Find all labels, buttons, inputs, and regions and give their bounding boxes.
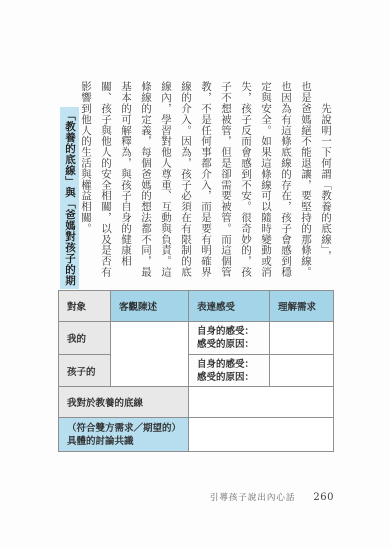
text-column-line: 基本的可解釋為，與孩子自身的健康相	[116, 81, 136, 283]
text-column-line: 線的介入。因為，孩子必須在有限制的底	[176, 81, 196, 283]
hint-own-feeling: 自身的感受：	[197, 325, 267, 338]
express-feelings-hint-mine: 自身的感受： 感受的原因：	[189, 322, 270, 355]
text-column-line: 也是爸媽絕不能退讓，要堅持的那條線。	[296, 81, 316, 283]
page-footer: 引導孩子說出內心話 260	[210, 491, 334, 503]
body-paragraph: 先說明一下何謂「教養的底線」，也是爸媽絕不能退讓，要堅持的那條線。也因為有這條底…	[76, 81, 336, 283]
hint-feeling-reason: 感受的原因：	[197, 338, 267, 351]
table-row-parenting-bottom-line: 我對於教養的底線	[59, 387, 334, 418]
text-column-line: 影響到他人的生活與權益相關。	[76, 81, 96, 283]
consensus-label-line2: 具體的討論共識	[67, 435, 186, 448]
text-column-line: 失，孩子反而會感到不安。很奇妙的，孩	[236, 81, 256, 283]
hint-own-feeling: 自身的感受：	[197, 358, 267, 371]
text-column-line: 關、孩子與他人的安全相關，以及是否有	[96, 81, 116, 283]
section-heading: 「教養的底線」與「爸媽對孩子的期	[60, 107, 79, 289]
page-number: 260	[313, 492, 334, 503]
table-row-child: 孩子的 自身的感受： 感受的原因：	[59, 355, 334, 387]
header-cell-understand-needs: 理解需求	[270, 291, 334, 322]
text-column-line: 也因為有這條底線的存在，孩子會感到穩	[276, 81, 296, 283]
parenting-bottom-line-blank-cell	[189, 387, 334, 418]
row-label-mine: 我的	[59, 322, 111, 355]
consensus-label-line1: （符合雙方需求／期望的）	[67, 422, 186, 435]
express-feelings-hint-child: 自身的感受： 感受的原因：	[189, 355, 270, 387]
understand-needs-blank-cell-child	[270, 355, 334, 387]
row-label-child: 孩子的	[59, 355, 111, 387]
row-label-parenting-bottom-line: 我對於教養的底線	[59, 387, 189, 418]
header-cell-express-feelings: 表達感受	[189, 291, 270, 322]
text-column-line: 先說明一下何謂「教養的底線」，	[316, 81, 336, 283]
consensus-blank-cell	[189, 418, 334, 452]
worksheet-table: 對象 客觀陳述 表達感受 理解需求 我的 自身的感受： 感受的原因： 孩子的 自…	[58, 290, 334, 452]
row-label-consensus: （符合雙方需求／期望的） 具體的討論共識	[59, 418, 189, 452]
book-page: 先說明一下何謂「教養的底線」，也是爸媽絕不能退讓，要堅持的那條線。也因為有這條底…	[0, 0, 390, 548]
objective-statement-blank-cell	[111, 322, 189, 387]
table-header-row: 對象 客觀陳述 表達感受 理解需求	[59, 291, 334, 322]
table-row-consensus: （符合雙方需求／期望的） 具體的討論共識	[59, 418, 334, 452]
table-row-mine: 我的 自身的感受： 感受的原因：	[59, 322, 334, 355]
understand-needs-blank-cell-mine	[270, 322, 334, 355]
text-column-line: 教，不是任何事都介入，而是要有明確界	[196, 81, 216, 283]
text-column-line: 線內，學習對他人尊重、互動與負責。這	[156, 81, 176, 283]
running-book-title: 引導孩子說出內心話	[210, 491, 296, 503]
hint-feeling-reason: 感受的原因：	[197, 371, 267, 384]
text-column-line: 子不想被管，但是卻需要被管。而這個管	[216, 81, 236, 283]
text-column-line: 條線的定義，每個爸媽的想法都不同，最	[136, 81, 156, 283]
text-column-line: 定與安全。如果這條線可以隨時變動或消	[256, 81, 276, 283]
header-cell-objective-statement: 客觀陳述	[111, 291, 189, 322]
header-cell-subject: 對象	[59, 291, 111, 322]
